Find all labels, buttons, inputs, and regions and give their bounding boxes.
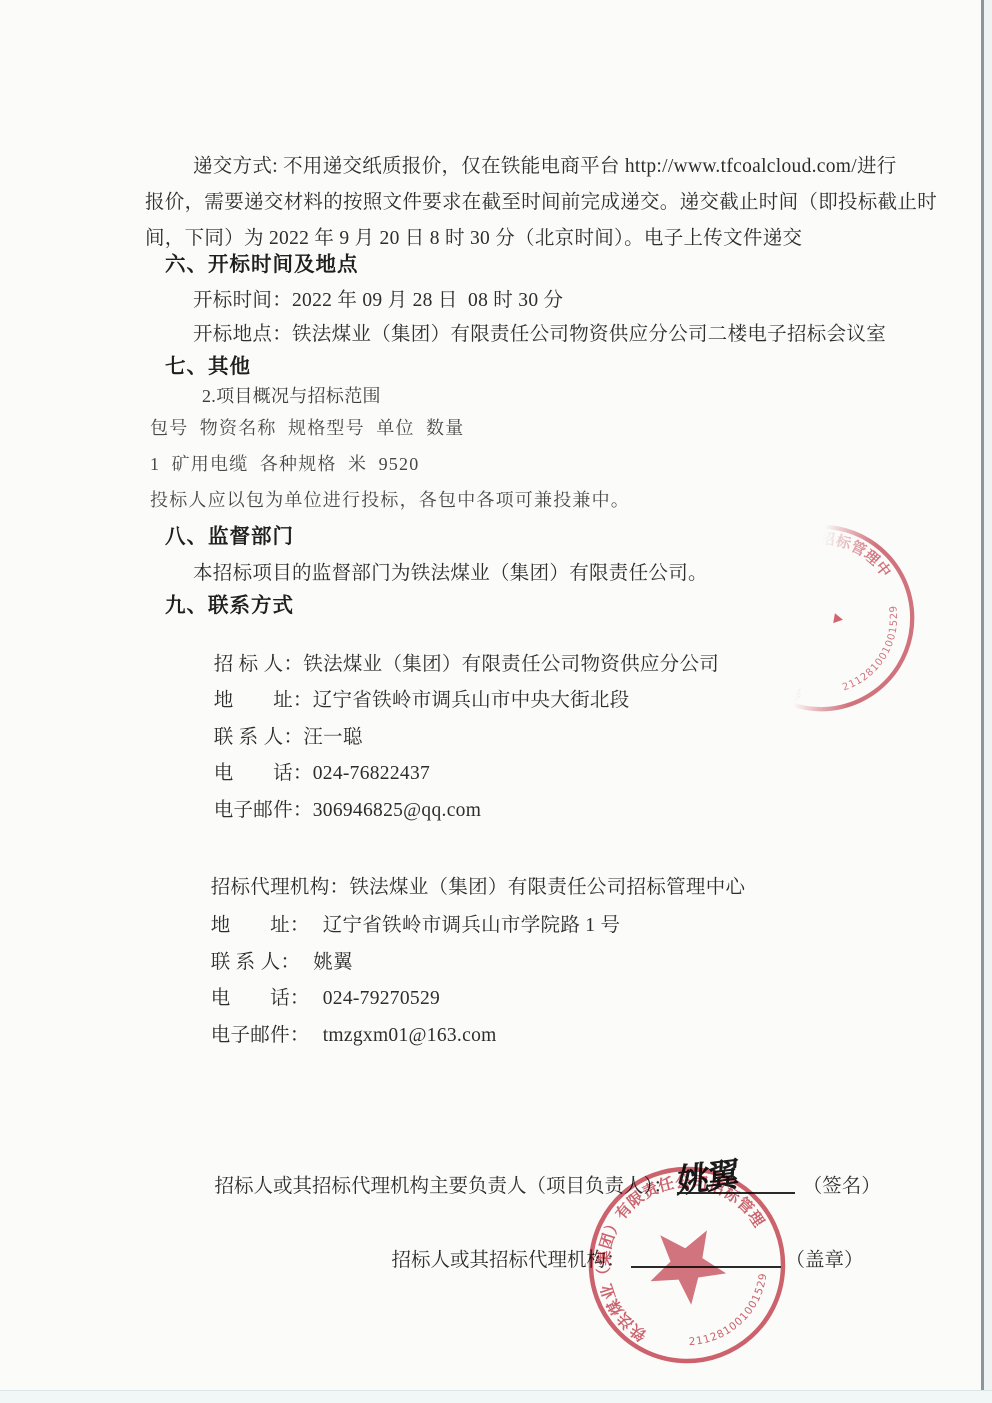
scan-right-margin — [984, 0, 992, 1391]
agency-address-value: 辽宁省铁岭市调兵山市学院路 1 号 — [323, 915, 621, 936]
agency-email-label: 电子邮件： — [211, 1025, 310, 1046]
package-table-header: 包号 物资名称 规格型号 单位 数量 — [150, 414, 464, 440]
supervision-body-line: 本招标项目的监督部门为铁法煤业（集团）有限责任公司。 — [193, 557, 708, 585]
agency-email-value: tmzgxm01@163.com — [323, 1025, 497, 1046]
principal-label: 招标人或其招标代理机构主要负责人（项目负责人）： — [215, 1176, 673, 1197]
org-label: 招标人或其招标代理机构： — [392, 1250, 626, 1271]
handwritten-signature: 姚翼 — [676, 1148, 738, 1203]
scan-bottom-edge — [0, 1390, 992, 1403]
seal-company-text: 铁法煤业（集团）有限责任公司招标管理中心 — [716, 513, 899, 712]
svg-text:铁法煤业（集团）有限责任公司招标管理中心: 铁法煤业（集团）有限责任公司招标管理中心 — [716, 513, 899, 712]
intro-line-3: 间，下同）为 2022 年 9 月 20 日 8 时 30 分（北京时间）。电子… — [145, 222, 802, 250]
section-seven-heading: 七、其他 — [165, 349, 251, 379]
intro-line-1: 递交方式: 不用递交纸质报价，仅在铁能电商平台 http://www.tfcoa… — [193, 150, 897, 178]
signature-underline: 姚翼 — [677, 1168, 795, 1194]
seal-suffix: （盖章） — [786, 1250, 864, 1271]
principal-signature-line: 招标人或其招标代理机构主要负责人（项目负责人）：姚翼（签名） — [195, 1146, 881, 1220]
bidding-note-line: 投标人应以包为单位进行投标，各包中各项可兼投兼中。 — [150, 486, 630, 512]
tenderer-email-line: 电子邮件：306946825@qq.com — [193, 772, 481, 844]
agency-email-line: 电子邮件：tmzgxm01@163.com — [190, 997, 497, 1069]
partial-company-seal: 铁法煤业（集团）有限责任公司招标管理中心 211281001001529 — [716, 513, 926, 723]
open-place-line: 开标地点：铁法煤业（集团）有限责任公司物资供应分公司二楼电子招标会议室 — [193, 318, 886, 346]
org-seal-line: 招标人或其招标代理机构：（盖章） — [372, 1222, 864, 1294]
seal-ink-fleck — [833, 613, 844, 624]
open-time-line: 开标时间：2022 年 09 月 28 日 08 时 30 分 — [193, 284, 563, 312]
tenderer-email-value: 306946825@qq.com — [313, 800, 481, 821]
section-six-heading: 六、开标时间及地点 — [165, 247, 359, 277]
svg-text:211281001001529: 211281001001529 — [836, 600, 916, 704]
scanned-document-page: 递交方式: 不用递交纸质报价，仅在铁能电商平台 http://www.tfcoa… — [0, 0, 992, 1403]
package-table-row: 1 矿用电缆 各种规格 米 9520 — [150, 450, 419, 476]
tenderer-email-label: 电子邮件： — [214, 800, 313, 821]
project-scope-line: 2.项目概况与招标范围 — [202, 382, 381, 408]
intro-line-2: 报价，需要递交材料的按照文件要求在截至时间前完成递交。递交截止时间（即投标截止时 — [145, 186, 937, 214]
section-eight-heading: 八、监督部门 — [165, 519, 294, 549]
seal-underline — [631, 1246, 781, 1268]
section-nine-heading: 九、联系方式 — [165, 588, 294, 618]
sign-suffix: （签名） — [803, 1176, 881, 1197]
seal-number-text: 211281001001529 — [836, 600, 916, 704]
